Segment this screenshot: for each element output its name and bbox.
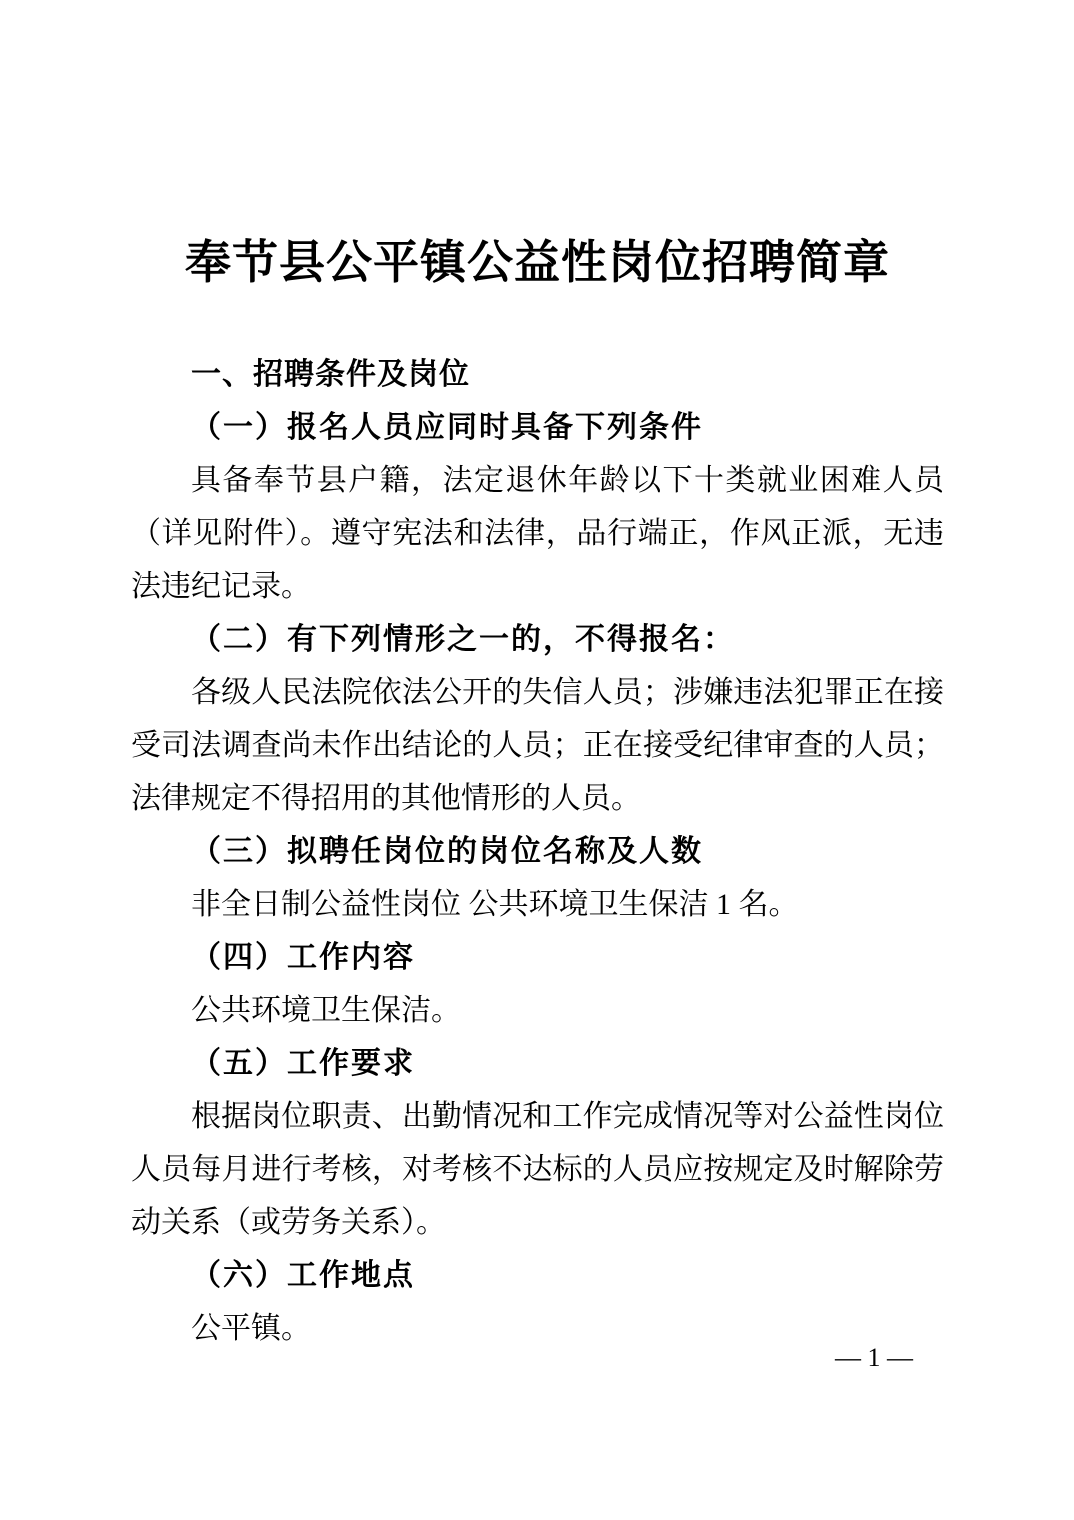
paragraph-work-content: 公共环境卫生保洁。: [131, 984, 944, 1037]
sub-heading-2-disqualifying-circumstances: （二）有下列情形之一的，不得报名：: [131, 613, 944, 666]
sub-heading-5-work-requirements: （五）工作要求: [131, 1037, 944, 1090]
paragraph-position-name-headcount: 非全日制公益性岗位 公共环境卫生保洁 1 名。: [131, 878, 944, 931]
page-title: 奉节县公平镇公益性岗位招聘简章: [131, 233, 944, 293]
document-page: 奉节县公平镇公益性岗位招聘简章 一、招聘条件及岗位 （一）报名人员应同时具备下列…: [131, 233, 944, 1355]
page-number: — 1 —: [835, 1341, 913, 1375]
paragraph-disqualifying-circumstances: 各级人民法院依法公开的失信人员；涉嫌违法犯罪正在接受司法调查尚未作出结论的人员；…: [131, 666, 944, 825]
sub-heading-1-applicant-conditions: （一）报名人员应同时具备下列条件: [131, 401, 944, 454]
sub-heading-3-position-name-headcount: （三）拟聘任岗位的岗位名称及人数: [131, 825, 944, 878]
section-heading-recruitment-conditions: 一、招聘条件及岗位: [131, 348, 944, 401]
paragraph-work-requirements: 根据岗位职责、出勤情况和工作完成情况等对公益性岗位人员每月进行考核，对考核不达标…: [131, 1090, 944, 1249]
sub-heading-6-work-location: （六）工作地点: [131, 1249, 944, 1302]
paragraph-work-location: 公平镇。: [131, 1302, 944, 1355]
paragraph-applicant-conditions: 具备奉节县户籍，法定退休年龄以下十类就业困难人员（详见附件）。遵守宪法和法律，品…: [131, 454, 944, 613]
sub-heading-4-work-content: （四）工作内容: [131, 931, 944, 984]
